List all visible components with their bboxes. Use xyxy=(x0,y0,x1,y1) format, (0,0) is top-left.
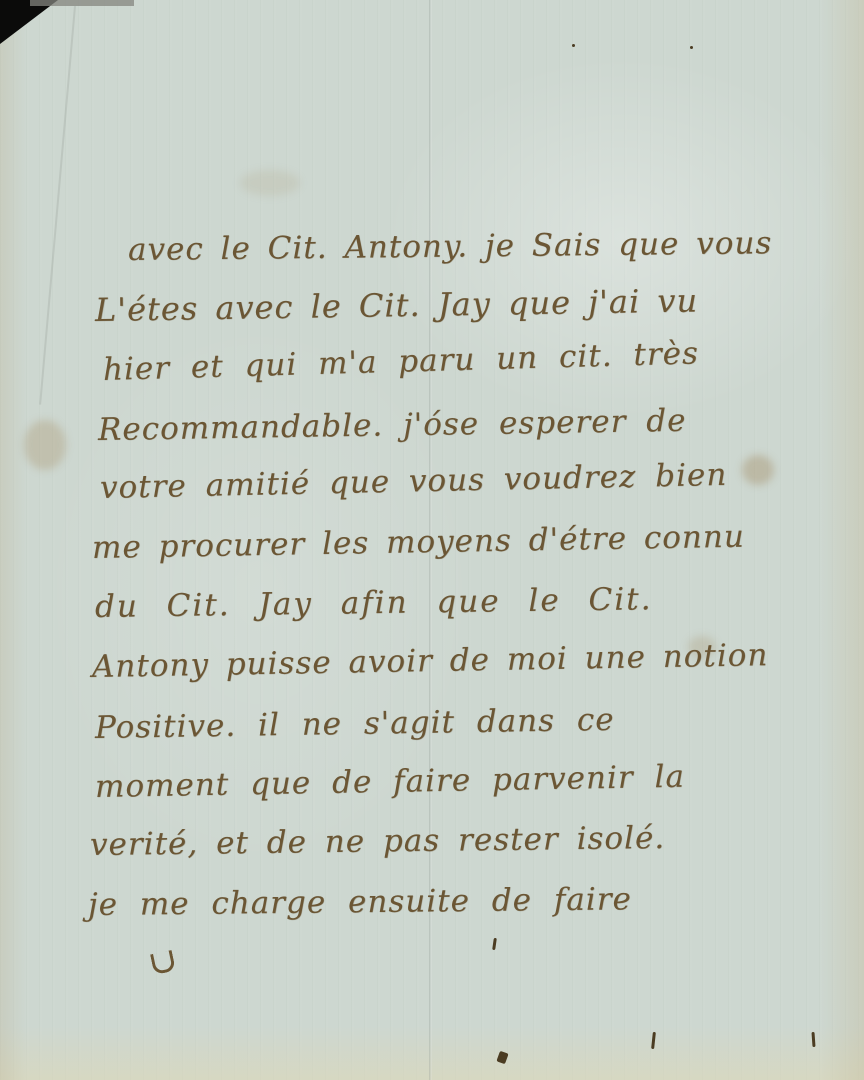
ink-speck xyxy=(690,46,693,49)
paper-top-edge xyxy=(30,0,134,6)
ink-flourish xyxy=(150,950,176,975)
foxing-stain xyxy=(240,170,300,196)
handwriting-line: je me charge ensuite de faire xyxy=(88,881,632,923)
ink-speck xyxy=(496,1051,508,1064)
ink-speck xyxy=(651,1032,656,1049)
handwriting-line: du Cit. Jay afin que le Cit. xyxy=(95,581,653,625)
manuscript-page: avec le Cit. Antony. je Sais que vous L'… xyxy=(0,0,864,1080)
ink-speck xyxy=(492,938,497,950)
foxing-stain xyxy=(24,420,66,470)
handwriting-line: votre amitié que vous voudrez bien xyxy=(100,457,728,506)
handwriting-line: verité, et de ne pas rester isolé. xyxy=(90,820,666,863)
handwriting-line: me procurer les moyens d'étre connu xyxy=(92,519,745,566)
ink-speck xyxy=(811,1032,815,1047)
handwriting-line: moment que de faire parvenir la xyxy=(95,759,686,805)
ink-speck xyxy=(572,44,575,47)
left-crease xyxy=(39,6,76,405)
handwriting-line: L'étes avec le Cit. Jay que j'ai vu xyxy=(95,282,699,329)
handwriting-line: avec le Cit. Antony. je Sais que vous xyxy=(128,225,773,268)
handwriting-line: hier et qui m'a paru un cit. très xyxy=(102,335,699,388)
handwriting-line: Antony puisse avoir de moi une notion xyxy=(92,637,769,685)
foxing-stain xyxy=(742,455,774,485)
handwriting-line: Recommandable. j'óse esperer de xyxy=(98,403,687,448)
scan-corner-shadow xyxy=(0,0,58,44)
handwriting-line: Positive. il ne s'agit dans ce xyxy=(95,702,615,746)
